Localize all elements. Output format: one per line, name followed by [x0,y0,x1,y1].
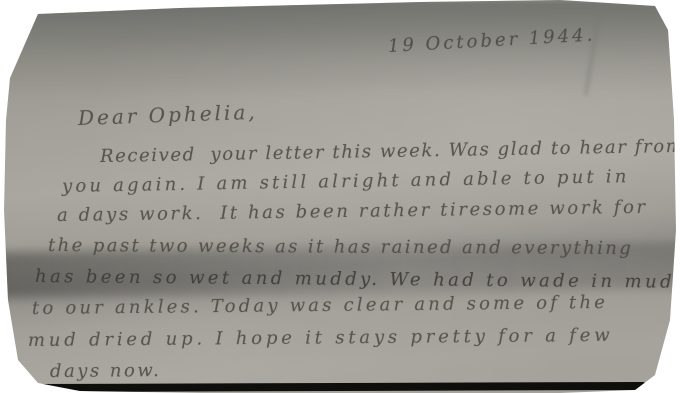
letter-line: mud dried up. I hope it stays pretty for… [28,325,614,351]
paper-top-shadow [0,0,680,96]
letter-line: days now. [50,360,161,382]
letter-line: you again. I am still alright and able t… [62,166,630,197]
letter-paper: 19 October 1944. Dear Ophelia, Received … [0,0,680,393]
letter-line: Received your letter this week. Was glad… [100,136,680,167]
photo-bottom-black-strip [34,382,646,392]
letter-photograph: 19 October 1944. Dear Ophelia, Received … [0,0,680,393]
letter-line: the past two weeks as it has rained and … [48,235,633,259]
letter-salutation: Dear Ophelia, [78,100,258,130]
letter-line: a days work. It has been rather tiresome… [57,197,648,226]
